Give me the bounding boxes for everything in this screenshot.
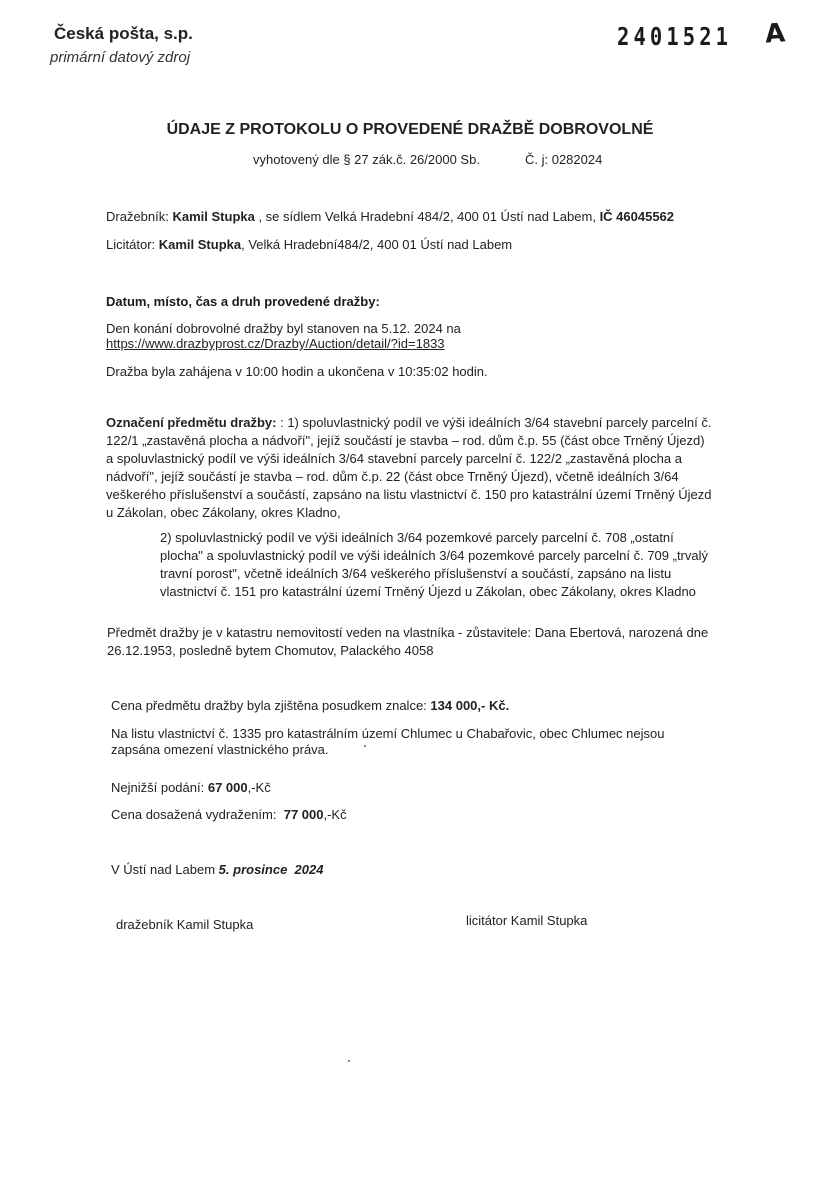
achieved-price-line: Cena dosažená vydražením: 77 000,-Kč <box>111 807 347 822</box>
encumbrance-note: Na listu vlastnictví č. 1335 pro katastr… <box>111 726 711 758</box>
scan-speck <box>364 745 366 747</box>
document-title: ÚDAJE Z PROTOKOLU O PROVEDENÉ DRAŽBĚ DOB… <box>0 121 820 139</box>
auction-url-line: https://www.drazbyprost.cz/Drazby/Auctio… <box>106 336 445 351</box>
subject-item-1: Označení předmětu dražby: : 1) spoluvlas… <box>106 414 712 522</box>
lowest-bid-value: 67 000 <box>208 780 248 795</box>
auction-time-line: Dražba byla zahájena v 10:00 hodin a uko… <box>106 364 488 379</box>
issuer-name: Česká pošta, s.p. <box>54 24 193 44</box>
subject-item-2: 2) spoluvlastnický podíl ve výši ideální… <box>160 529 712 601</box>
auction-date-line: Den konání dobrovolné dražby byl stanove… <box>106 321 461 336</box>
licitator-address: , Velká Hradební484/2, 400 01 Ústí nad L… <box>241 237 512 252</box>
auction-url-link[interactable]: https://www.drazbyprost.cz/Drazby/Auctio… <box>106 336 445 351</box>
subject-heading: Označení předmětu dražby: <box>106 415 276 430</box>
auction-info-heading: Datum, místo, čas a druh provedené dražb… <box>106 294 380 309</box>
place: V Ústí nad Labem <box>111 862 219 877</box>
valuation-label: Cena předmětu dražby byla zjištěna posud… <box>111 698 430 713</box>
place-date-line: V Ústí nad Labem 5. prosince 2024 <box>111 862 323 877</box>
valuation-value: 134 000,- Kč. <box>430 698 509 713</box>
licitator-label: Licitátor: <box>106 237 159 252</box>
document-subtitle: vyhotovený dle § 27 zák.č. 26/2000 Sb. <box>253 152 480 167</box>
auctioneer-ic: IČ 46045562 <box>600 209 674 224</box>
scan-speck <box>348 1060 350 1062</box>
stamp-letter: A <box>764 18 786 49</box>
auctioneer-name: Kamil Stupka <box>172 209 254 224</box>
lowest-bid-suffix: ,-Kč <box>248 780 271 795</box>
licitator-name: Kamil Stupka <box>159 237 241 252</box>
achieved-price-label: Cena dosažená vydražením: <box>111 807 284 822</box>
achieved-price-suffix: ,-Kč <box>323 807 346 822</box>
date: 5. prosince 2024 <box>219 862 324 877</box>
subject-owner: Předmět dražby je v katastru nemovitostí… <box>107 624 715 660</box>
valuation-line: Cena předmětu dražby byla zjištěna posud… <box>111 698 509 713</box>
document-reference: Č. j: 0282024 <box>525 152 602 167</box>
auctioneer-label: Dražebník: <box>106 209 172 224</box>
signature-licitator: licitátor Kamil Stupka <box>466 913 587 928</box>
achieved-price-value: 77 000 <box>284 807 324 822</box>
auctioneer-address: , se sídlem Velká Hradební 484/2, 400 01… <box>255 209 600 224</box>
auctioneer-line: Dražebník: Kamil Stupka , se sídlem Velk… <box>106 209 674 224</box>
lowest-bid-line: Nejnižší podání: 67 000,-Kč <box>111 780 271 795</box>
subject-item-1-text: : 1) spoluvlastnický podíl ve výši ideál… <box>106 415 712 520</box>
lowest-bid-label: Nejnižší podání: <box>111 780 208 795</box>
issuer-subtitle: primární datový zdroj <box>50 49 190 66</box>
stamp-number: 2401521 <box>617 22 732 51</box>
licitator-line: Licitátor: Kamil Stupka, Velká Hradební4… <box>106 237 512 252</box>
signature-auctioneer: dražebník Kamil Stupka <box>116 917 253 932</box>
